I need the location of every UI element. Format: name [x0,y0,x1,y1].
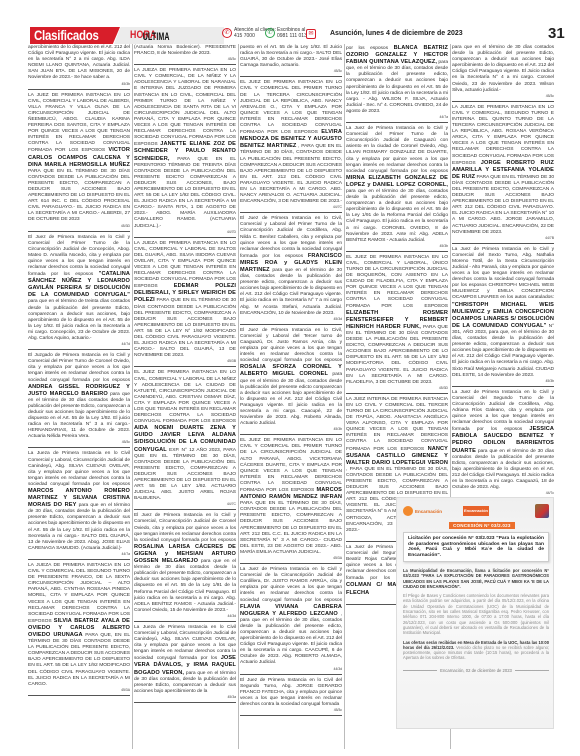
notice: La Juez de Primera Instancia en lo Civil… [346,125,448,252]
notice-text: El Juez de Primera Instancia en lo Civil… [240,328,342,363]
page-header: Clasificados ULTIMAHORA ✆ Atención al cl… [0,0,580,38]
notice-code: 45/3b [134,359,236,363]
notice-text: El Juez de Primera Instancia en lo Civil… [240,438,342,493]
ad-paragraph-2: El Pliego de Bases y Condiciones conteni… [403,593,549,635]
notice-text: La Jueza de Primera Instancia en lo Civi… [134,68,236,147]
logo-black: ULTIMA [143,31,170,43]
notice-text: La Juez de Primera Instancia en lo Civil… [346,126,448,174]
notice-text-continued: para que en el término de 30 días, conta… [240,268,342,316]
notice: La Jueza de Primera Instancia en lo Civi… [134,240,236,368]
notice-text: El Juez de Primera Instancia en lo Civil… [346,255,448,309]
notice: El Juez de Primera Instancia en lo Civil… [240,215,342,325]
notice-code: 44/3d [134,614,236,618]
divider-line [515,670,549,671]
notice-text-continued: para que, en el término de 30 días conta… [28,633,130,687]
notice: El Juez de Primera Instancia en lo Civil… [134,512,236,622]
city-logo: Encarnación [463,506,489,516]
notice-text: La Jueza de Primera Instancia en lo Civi… [28,451,130,486]
notice-text: La Jueza de Primera Instancia en lo Civi… [134,241,236,290]
notice-text-continued: , para que en el término de 30 días, con… [240,612,342,666]
notice-text-continued: para que en el término de treinta días c… [28,299,130,341]
ad-footer: Encarnación, 02 de diciembre de 2023 [403,668,549,673]
notice-text-continued: para que en el término de 30 días contad… [134,559,236,613]
notice-code: 44/7d [134,230,236,234]
ad-headline: Licitación por concesión N° 03/2.023 "Pa… [403,532,549,562]
phone-icon: ✆ [222,28,232,38]
notice-text: El Juez de Primera Instancia en lo Civil… [240,678,342,707]
notice-code: 44/7a [28,552,130,556]
notice-text: La Juez Interina de Primera Instancia en… [346,397,448,452]
whatsapp-number[interactable]: 0981 111 013 [277,33,307,39]
notice: (Actuaria Norma Bodenicer). PRESIDENTE F… [134,44,236,65]
notice-code: 44/7c [240,205,342,209]
notice-text-continued: para que en el término de 30 días contad… [28,392,130,440]
notice-text-continued: para que en el término de 30 días contad… [346,325,448,385]
notice-code: 45/3d [28,224,130,228]
notice-text: La Jueza de Primera Instancia en lo Civi… [452,105,554,166]
notice-parties: ROSALIA SFORZA CORONEL Y ALBERTO MIGUEL … [240,364,342,377]
notice-code: 45/3a [28,688,130,692]
notice-parties: FLAVIA VIVIANA CABRERA NOGUERA Y ALFREDO… [240,604,342,617]
notice-text-continued: EXP. N° 12 AÑO 2023, para que en el térm… [134,448,236,502]
notice: La Juez de Primera Instancia en lo Civil… [240,566,342,675]
section-title: Clasificados [34,27,99,43]
notice-text-continued: para que en el término de 30 días contad… [28,169,130,223]
notice: por los esposos BLANCA BEATRIZ OZORIO GO… [346,44,448,123]
encarnacion-logo-icon [403,506,413,516]
page-number: 31 [548,25,565,42]
coat-of-arms-icon [535,504,549,518]
notice-code: 44/7c [134,502,236,506]
notice-text: El Juzgado de Primera Instancia en lo Ci… [28,353,130,382]
notice-code: 44/7a [346,115,448,119]
notice: El Juez de Primera Instancia en lo Civil… [134,369,236,510]
notice-text: apercibimiento de lo dispuesto en el Art… [28,45,130,80]
notice-code: 45/3c [240,708,342,712]
newspaper-logo: ULTIMAHORA [114,27,224,44]
contact-whatsapp: ✆ Escribinos al0981 111 013 [265,27,307,39]
notice-text: La Juez de Primera Instancia en lo Civil… [28,93,130,154]
notice: puesto en el Art. 55 de la Ley 1/92. El … [240,44,342,77]
notice-text-continued: para que en el término de 30 días, conta… [240,501,342,555]
notice: El Juzgado de Primera Instancia en lo Ci… [28,352,130,448]
encarnacion-logo: Encarnación [403,506,442,516]
notice-text: El Juez de Primera Instancia en lo Civil… [134,370,236,424]
notice-text-continued: N° 301, AÑO 2023, para que, en el términ… [452,324,554,378]
notice-code: 44/7b [452,236,554,240]
notice-code: 45/3d [240,317,342,321]
notice: La Jueza de Primera Instancia en lo Civi… [134,624,236,703]
issue-date: Asunción, lunes 4 de diciembre de 2023 [330,30,463,37]
municipal-ad: Encarnación Encarnación CONCESIÓN N° 03/… [396,497,554,729]
notice: para que en el término de 30 días contad… [452,44,554,102]
notice: El Juez de Primera Instancia en lo Civil… [240,79,342,213]
notice-text-continued: para que en el término de 30 días contad… [452,449,554,491]
notice: El Juez de Primera Instancia en lo Civil… [346,254,448,394]
notice-text: puesto en el Art. 55 de la Ley 1/92. El … [240,45,342,68]
notice: La Jueza de Primera Instancia en lo Civi… [28,562,130,696]
notice-code: 45/3b [28,82,130,86]
mail-icon: ✉ [306,29,316,39]
concession-badge: CONCESIÓN N° 03/2.023 [449,522,515,529]
phone-number[interactable]: 415 7000 [234,33,255,39]
notice-code: 44/7c [452,491,554,495]
notice: La Juez de Primera Instancia en lo Civil… [28,92,130,232]
notice: La Juez de Primera Instancia en lo Civil… [452,389,554,500]
notice-text: La Jueza de Primera Instancia en lo Civi… [28,563,130,624]
divider-line [403,670,437,671]
notice-code: 45/3b [240,427,342,431]
notice-text: El Juez de Primera Instancia en lo Civil… [240,80,342,135]
notice-text-continued: para que en el perentorio término de tre… [134,157,236,229]
notice-text-continued: para que en el término de 30 días, conta… [28,503,130,551]
column-3: puesto en el Art. 55 de la Ley 1/92. El … [240,44,342,749]
notice-parties: "CHRISTOPH MICHAEL WEIS MULIEWICZ y EMIL… [452,302,554,329]
notice-code: 45/3b [452,379,554,383]
notice: El Juez de Primera Instancia en lo Civil… [240,437,342,564]
notice-text: por los esposos [346,46,388,51]
notice-code: 45/3b [346,244,448,248]
column-divider [132,44,133,749]
notice-text-continued: para que, en el término de 30 días, cont… [346,60,448,114]
notice-code: 44/7d [28,342,130,346]
notice: apercibimiento de lo dispuesto en el Art… [28,44,130,90]
column-1: apercibimiento de lo dispuesto en el Art… [28,44,130,749]
notice-text: El Juez de Primera Instancia en lo Civil… [134,513,236,542]
notice-code: 45/3c [240,69,342,73]
ad-paragraph-1: La Municipalidad de Encarnación, llama a… [403,568,549,589]
notice-text: (Actuaria Norma Bodenicer). PRESIDENTE F… [134,45,236,56]
ad-body: La Municipalidad de Encarnación, llama a… [403,568,549,665]
notice-text-continued: , para que en el término de 30 días, con… [240,144,342,204]
notice-code: 45/3c [28,440,130,444]
notice-code: 45/3c [452,94,554,98]
column-2: (Actuaria Norma Bodenicer). PRESIDENTE F… [134,44,236,749]
notice: El Juez de Primera Instancia en lo Civil… [240,677,342,716]
notice: La Jueza de Primera Instancia en lo Civi… [134,67,236,237]
notice: El Juez de Primera Instancia en lo Civil… [240,327,342,436]
notice-text-continued: para que en el término de 30 días contad… [134,298,236,358]
section-banner: Clasificados [30,27,120,44]
notice-text-continued: para que en el término de 30 días, conta… [240,372,342,426]
column-divider [344,44,345,749]
notice-code: 45/3a [240,556,342,560]
notice-parties: MIRNA ELIZABETH GONZALEZ DE LOPEZ y DANI… [346,175,448,188]
notice-code: 44/3d [240,667,342,671]
notice-code: 45/3a [134,695,236,699]
notice-text: para que en el término de 30 días contad… [452,45,554,93]
notice-text: La Juez de Primera Instancia en lo Civil… [452,247,554,301]
ad-date: Encarnación, 02 de diciembre de 2023 [440,668,512,673]
notice-text: La Juez de Primera Instancia en lo Civil… [240,567,342,602]
notice-text-continued: para que en el término de 30 días contad… [452,175,554,235]
notice-code: 45/3c [134,57,236,61]
column-divider [238,44,239,749]
notice: El Juez de Primera Instancia en lo Civil… [28,234,130,351]
contact-email: ✉ avisos@uhora.com.py [306,29,316,39]
notice: La Jueza de Primera Instancia en lo Civi… [452,104,554,244]
ad-logos: Encarnación Encarnación [397,502,555,522]
notice-text-continued: para que en el término de 30 días, conta… [346,189,448,243]
notice: La Jueza de Primera Instancia en lo Civi… [28,450,130,560]
whatsapp-icon: ✆ [265,28,275,38]
notice-code: 45/3d [346,386,448,390]
notice: La Juez de Primera Instancia en lo Civil… [452,246,554,387]
